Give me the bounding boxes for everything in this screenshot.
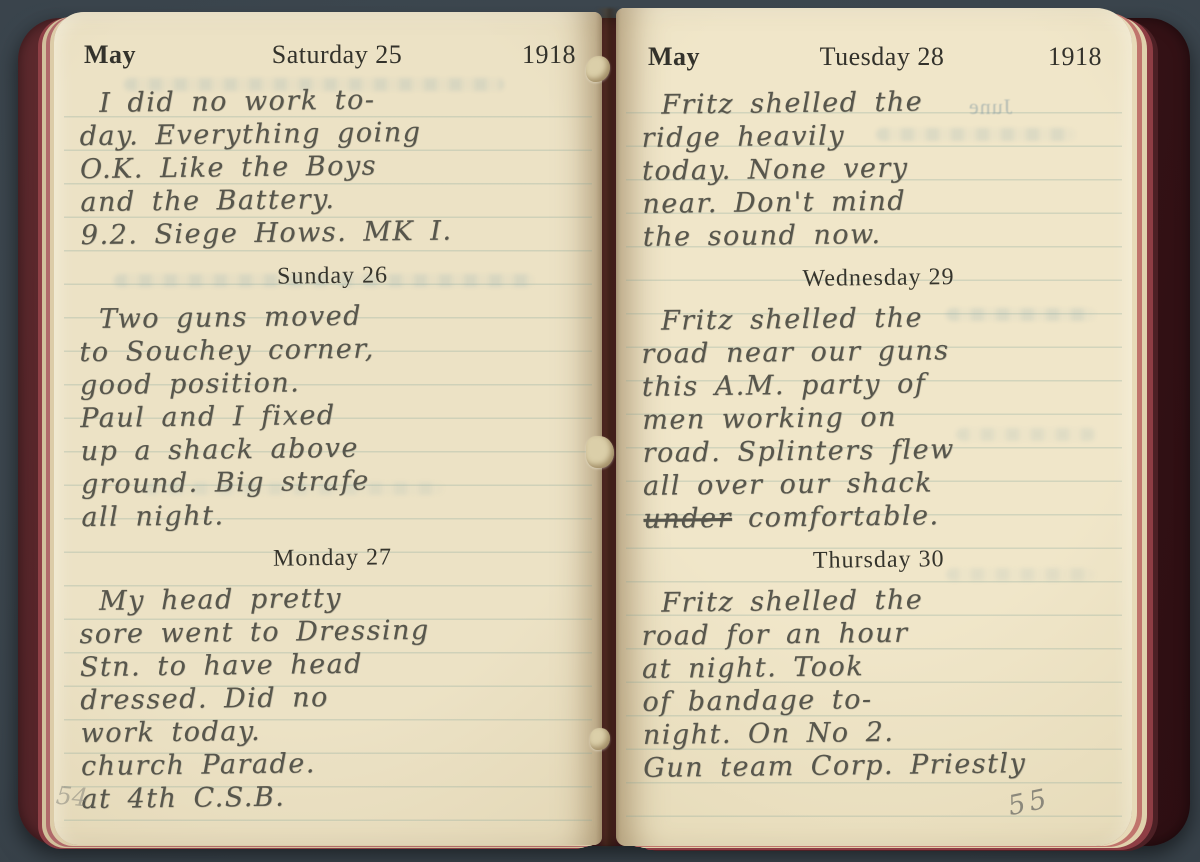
diary-page-left: May Saturday 25 1918 I did no work to-da… <box>54 12 602 845</box>
diary-entry: Thursday 30Fritz shelled theroad for an … <box>641 544 1120 785</box>
diary-entry: I did no work to-day. Everything goingO.… <box>79 81 589 252</box>
handwritten-line: the sound now. <box>643 215 1119 254</box>
handwritten-line: all night. <box>81 495 589 534</box>
diary-entry: Sunday 26Two guns movedto Souchey corner… <box>78 260 589 534</box>
gutter-tear <box>586 436 614 468</box>
entries-right: Fritz shelled theridge heavilytoday. Non… <box>616 72 1132 782</box>
page-number: 55 <box>1005 783 1053 822</box>
month-label: May <box>84 40 202 70</box>
entry-day-heading: Thursday 30 <box>641 544 1117 577</box>
diary-entry: Monday 27My head prettysore went to Dres… <box>78 542 589 816</box>
page-header-left: May Saturday 25 1918 <box>54 12 602 70</box>
entry-day-heading: Sunday 26 <box>78 260 586 293</box>
diary-entry: Fritz shelled theridge heavilytoday. Non… <box>641 83 1119 254</box>
page-header-right: May Tuesday 28 1918 <box>616 8 1132 72</box>
photo-background: May Saturday 25 1918 I did no work to-da… <box>0 0 1200 862</box>
day-label: Tuesday 28 <box>766 42 998 72</box>
diary-entry: Wednesday 29Fritz shelled theroad near o… <box>640 262 1119 536</box>
handwritten-line: Gun team Corp. Priestly <box>643 746 1119 785</box>
handwritten-line: 9.2. Siege Hows. MK I. <box>81 213 589 252</box>
entry-day-heading: Monday 27 <box>78 542 586 575</box>
day-label: Saturday 25 <box>202 40 472 70</box>
year-label: 1918 <box>472 40 576 70</box>
year-label: 1918 <box>998 42 1102 72</box>
handwritten-line: under comfortable. <box>643 497 1119 536</box>
handwritten-line: at 4th C.S.B. <box>81 777 589 816</box>
entries-left: I did no work to-day. Everything goingO.… <box>54 70 602 813</box>
book-gutter <box>596 8 620 846</box>
month-label: May <box>648 42 766 72</box>
entry-day-heading: Wednesday 29 <box>640 262 1116 295</box>
struck-word: under <box>643 503 732 535</box>
diary-page-right: June May Tuesday 28 1918 Fritz shelled t… <box>616 8 1132 846</box>
